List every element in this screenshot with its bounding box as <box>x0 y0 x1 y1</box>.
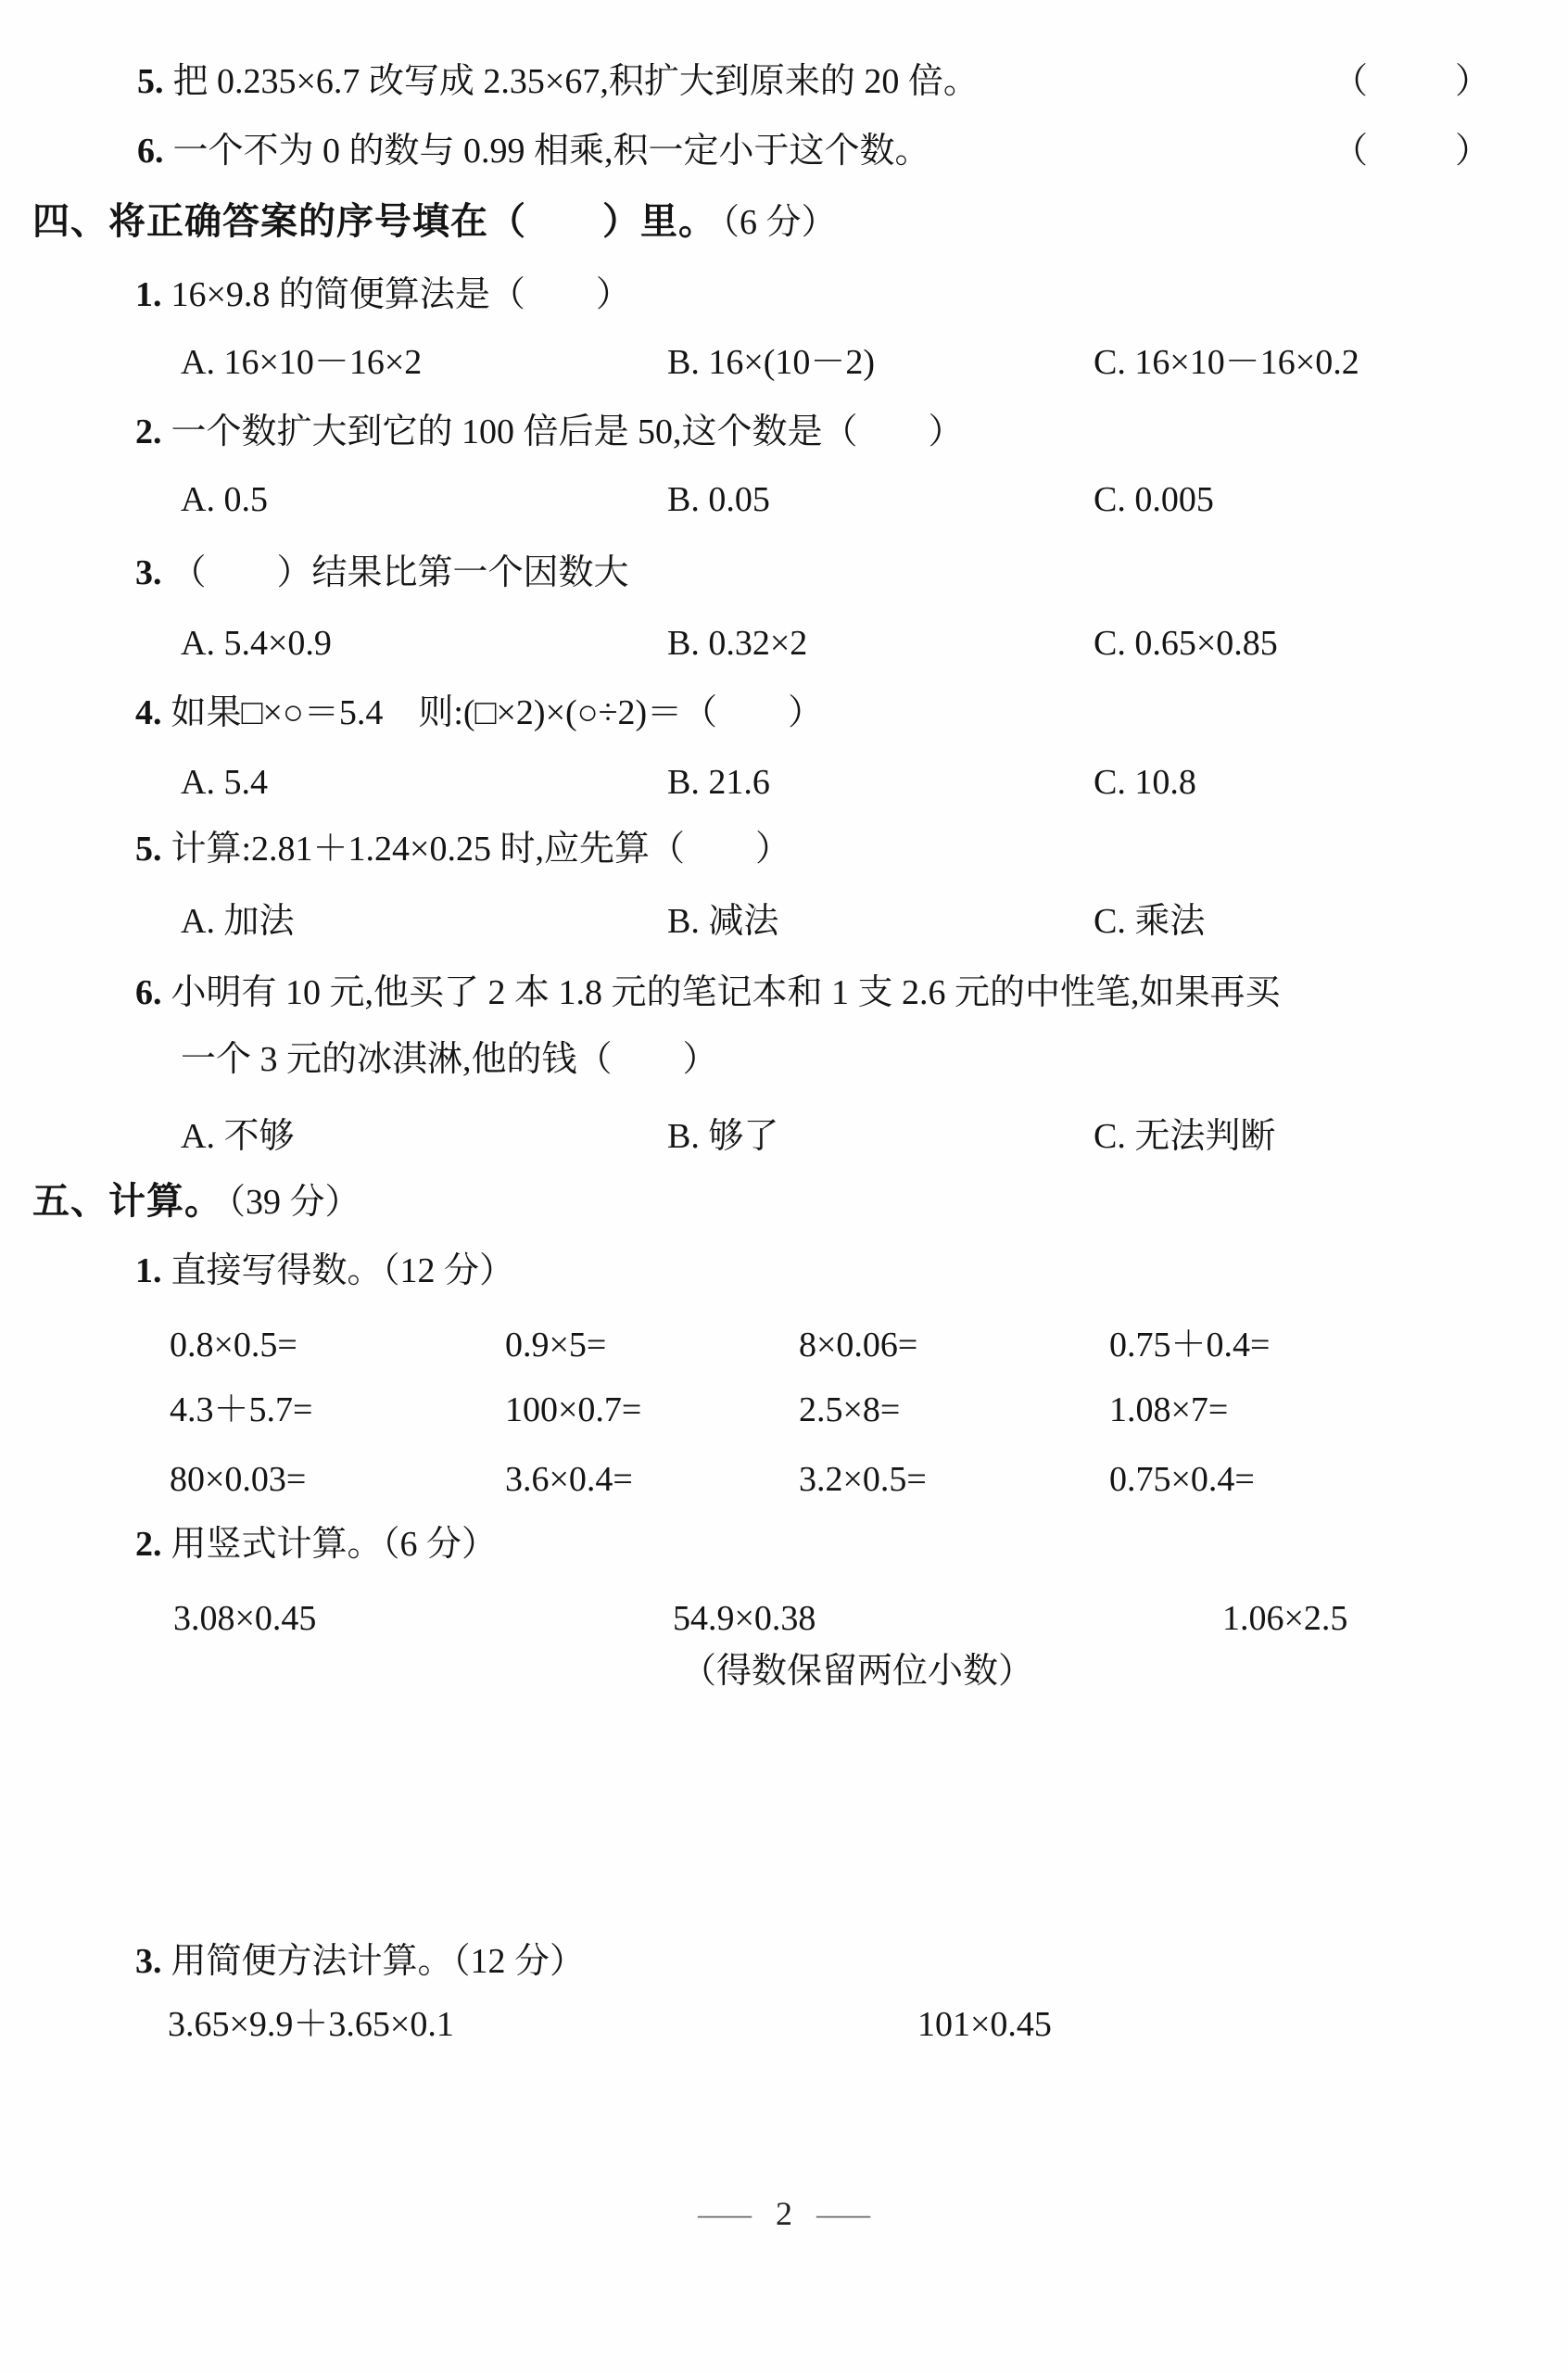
judge-item-6-text: 一个不为 0 的数与 0.99 相乘,积一定小于这个数。 <box>173 132 930 171</box>
calc-expression: 3.2×0.5= <box>799 1455 1109 1504</box>
question-6-line2: 一个 3 元的冰淇淋,他的钱（ ） <box>181 1035 718 1084</box>
question-6-option-b: B. 够了 <box>667 1112 1094 1161</box>
question-6-options: A. 不够 B. 够了 C. 无法判断 <box>181 1112 1275 1161</box>
vertical-calc-note-text: （得数保留两位小数） <box>681 1652 1033 1691</box>
simplified-calc-row: 3.65×9.9＋3.65×0.1 101×0.45 <box>168 2000 1052 2049</box>
question-2-option-c: C. 0.005 <box>1094 476 1214 524</box>
question-3-option-b: B. 0.32×2 <box>667 619 1094 667</box>
question-1-text: 16×9.8 的简便算法是（ ） <box>171 275 631 314</box>
question-5-option-b: B. 减法 <box>667 897 1094 945</box>
calc-expression: 0.75×0.4= <box>1109 1455 1255 1504</box>
question-3-options: A. 5.4×0.9 B. 0.32×2 C. 0.65×0.85 <box>181 619 1278 667</box>
question-6: 6.小明有 10 元,他买了 2 本 1.8 元的笔记本和 1 支 2.6 元的… <box>135 969 1281 1017</box>
footer-dash-right: — <box>816 2189 870 2238</box>
calc-expression: 80×0.03= <box>170 1455 505 1504</box>
question-5-text: 计算:2.81＋1.24×0.25 时,应先算（ ） <box>171 830 791 869</box>
simplified-calc-expression: 101×0.45 <box>917 2000 1052 2049</box>
vertical-calc-expression: 1.06×2.5 <box>1222 1594 1347 1643</box>
question-2-text: 一个数扩大到它的 100 倍后是 50,这个数是（ ） <box>171 412 964 451</box>
section5-sub1-label: 直接写得数。（12 分） <box>171 1251 515 1290</box>
calc-expression: 1.08×7= <box>1109 1386 1228 1434</box>
question-1-option-b: B. 16×(10－2) <box>667 338 1094 387</box>
question-2-number: 2. <box>135 412 162 451</box>
section5-title: 五、计算。 <box>32 1181 222 1222</box>
question-2: 2.一个数扩大到它的 100 倍后是 50,这个数是（ ） <box>135 408 964 456</box>
calc-expression: 0.75＋0.4= <box>1109 1321 1270 1369</box>
question-1-option-c: C. 16×10－16×0.2 <box>1094 338 1359 387</box>
question-1-option-a: A. 16×10－16×2 <box>181 338 667 387</box>
section5-sub1-number: 1. <box>135 1251 162 1290</box>
calc-expression: 3.6×0.4= <box>505 1455 799 1504</box>
question-6-option-a: A. 不够 <box>181 1112 667 1161</box>
question-6-option-c: C. 无法判断 <box>1094 1112 1275 1161</box>
vertical-calc-expression: 3.08×0.45 <box>173 1594 673 1643</box>
question-4: 4.如果□×○＝5.4 则:(□×2)×(○÷2)＝（ ） <box>135 689 823 737</box>
page-number: 2 <box>776 2195 792 2232</box>
simplified-calc-expression: 3.65×9.9＋3.65×0.1 <box>168 2000 917 2049</box>
direct-calc-row-1: 0.8×0.5= 0.9×5= 8×0.06= 0.75＋0.4= <box>170 1321 1270 1369</box>
question-1-options: A. 16×10－16×2 B. 16×(10－2) C. 16×10－16×0… <box>181 338 1359 387</box>
judge-item-6: 6.一个不为 0 的数与 0.99 相乘,积一定小于这个数。 <box>137 127 930 175</box>
section5-sub3-number: 3. <box>135 1942 162 1981</box>
section5-sub2-label: 用竖式计算。（6 分） <box>171 1525 498 1564</box>
question-1-number: 1. <box>135 275 162 314</box>
section5-sub3-title: 3.用简便方法计算。（12 分） <box>135 1937 585 1986</box>
section5-sub3-label: 用简便方法计算。（12 分） <box>171 1942 586 1981</box>
judge-item-5-text: 把 0.235×6.7 改写成 2.35×67,积扩大到原来的 20 倍。 <box>173 62 979 101</box>
judge-item-5: 5.把 0.235×6.7 改写成 2.35×67,积扩大到原来的 20 倍。 <box>137 57 979 106</box>
question-5-options: A. 加法 B. 减法 C. 乘法 <box>181 897 1205 945</box>
vertical-calc-row: 3.08×0.45 54.9×0.38 1.06×2.5 <box>173 1594 1347 1643</box>
section5-header: 五、计算。（39 分） <box>32 1177 360 1226</box>
question-3-number: 3. <box>135 553 162 592</box>
question-1: 1.16×9.8 的简便算法是（ ） <box>135 271 631 319</box>
judge-item-6-answer-blank: （ ） <box>1333 127 1496 175</box>
calc-expression: 8×0.06= <box>799 1321 1109 1369</box>
section5-sub1-title: 1.直接写得数。（12 分） <box>135 1247 514 1295</box>
question-6-number: 6. <box>135 973 162 1012</box>
question-4-options: A. 5.4 B. 21.6 C. 10.8 <box>181 758 1196 806</box>
section4-score: （6 分） <box>722 203 837 242</box>
question-4-text: 如果□×○＝5.4 则:(□×2)×(○÷2)＝（ ） <box>171 693 824 732</box>
question-4-option-a: A. 5.4 <box>181 758 667 806</box>
vertical-calc-expression: 54.9×0.38 <box>673 1594 1222 1643</box>
question-5-option-a: A. 加法 <box>181 897 667 945</box>
question-3: 3.（ ）结果比第一个因数大 <box>135 549 629 597</box>
question-5: 5.计算:2.81＋1.24×0.25 时,应先算（ ） <box>135 825 790 873</box>
question-2-option-b: B. 0.05 <box>667 476 1094 524</box>
calc-expression: 0.8×0.5= <box>170 1321 505 1369</box>
question-5-number: 5. <box>135 830 162 869</box>
calc-expression: 2.5×8= <box>799 1386 1109 1434</box>
question-3-option-c: C. 0.65×0.85 <box>1094 619 1278 667</box>
calc-expression: 100×0.7= <box>505 1386 799 1434</box>
vertical-calc-note: （得数保留两位小数） <box>681 1647 1033 1695</box>
question-3-option-a: A. 5.4×0.9 <box>181 619 667 667</box>
question-6-text-line2: 一个 3 元的冰淇淋,他的钱（ ） <box>181 1040 718 1079</box>
question-4-number: 4. <box>135 693 162 732</box>
section4-header: 四、将正确答案的序号填在（ ）里。（6 分） <box>32 197 837 247</box>
judge-item-5-answer-blank: （ ） <box>1333 57 1496 106</box>
question-6-text-line1: 小明有 10 元,他买了 2 本 1.8 元的笔记本和 1 支 2.6 元的中性… <box>171 973 1281 1012</box>
question-3-text: （ ）结果比第一个因数大 <box>171 553 629 592</box>
question-4-option-b: B. 21.6 <box>667 758 1094 806</box>
question-4-option-c: C. 10.8 <box>1094 758 1196 806</box>
judge-item-5-number: 5. <box>137 62 164 101</box>
section5-sub2-number: 2. <box>135 1525 162 1564</box>
calc-expression: 4.3＋5.7= <box>170 1386 505 1434</box>
worksheet-page: 5.把 0.235×6.7 改写成 2.35×67,积扩大到原来的 20 倍。 … <box>0 0 1568 2373</box>
judge-item-6-number: 6. <box>137 132 164 171</box>
footer-dash-left: — <box>698 2189 752 2238</box>
calc-expression: 0.9×5= <box>505 1321 799 1369</box>
direct-calc-row-3: 80×0.03= 3.6×0.4= 3.2×0.5= 0.75×0.4= <box>170 1455 1255 1504</box>
section5-score: （39 分） <box>228 1183 360 1222</box>
section4-title: 四、将正确答案的序号填在（ ）里。 <box>32 201 716 242</box>
page-footer: — 2 — <box>0 2189 1568 2238</box>
question-2-option-a: A. 0.5 <box>181 476 667 524</box>
section5-sub2-title: 2.用竖式计算。（6 分） <box>135 1520 497 1568</box>
direct-calc-row-2: 4.3＋5.7= 100×0.7= 2.5×8= 1.08×7= <box>170 1386 1228 1434</box>
question-2-options: A. 0.5 B. 0.05 C. 0.005 <box>181 476 1214 524</box>
question-5-option-c: C. 乘法 <box>1094 897 1205 945</box>
